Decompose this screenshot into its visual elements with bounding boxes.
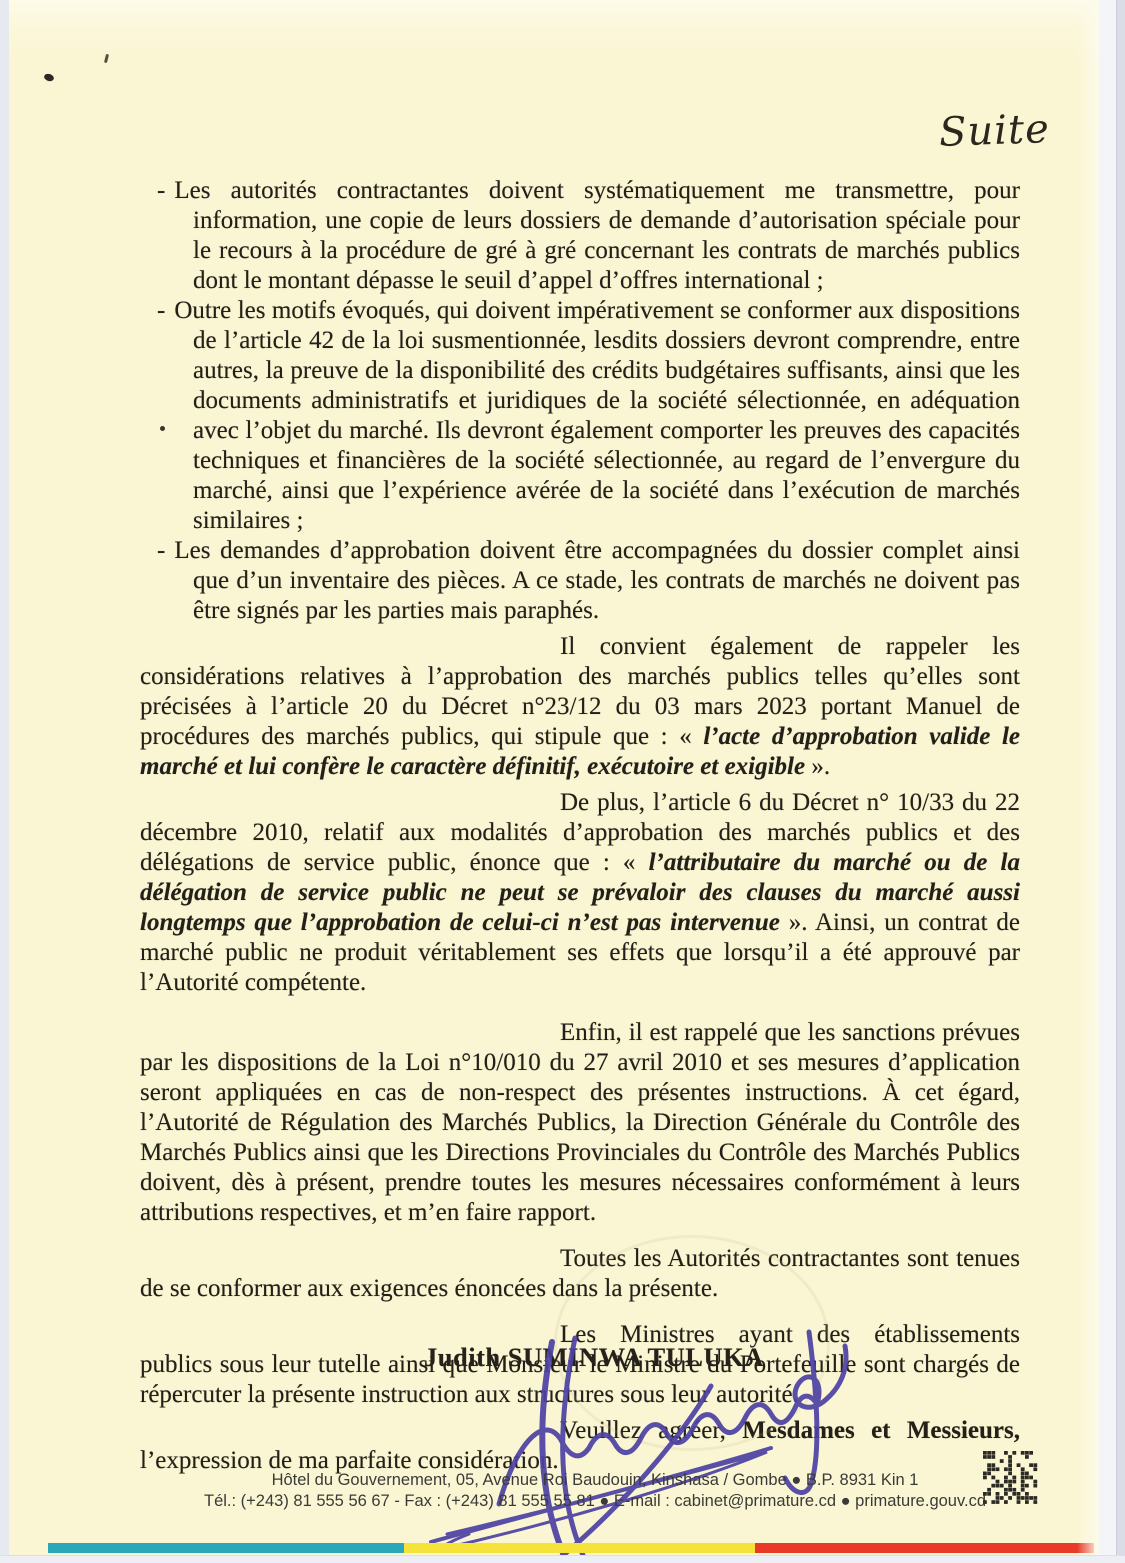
bullet-text: Les demandes d’approbation doivent être …: [174, 537, 1020, 624]
scan-viewport: Suite -Les autorités contractantes doive…: [0, 0, 1125, 1563]
paragraph: Enfin, il est rappelé que les sanctions …: [140, 1018, 1020, 1228]
continuation-label: Suite: [938, 106, 1050, 156]
flag-stripe: [48, 1543, 1094, 1553]
scan-edge-right: [1116, 0, 1125, 1563]
footer: Hôtel du Gouvernement, 05, Avenue Roi Ba…: [175, 1470, 1015, 1512]
text-run: Enfin, il est rappelé que les sanctions …: [140, 1019, 1020, 1226]
qr-code: [983, 1451, 1039, 1506]
footer-address: Hôtel du Gouvernement, 05, Avenue Roi Ba…: [175, 1470, 1015, 1491]
ink-mark: [104, 54, 109, 63]
bullet-dash: -: [157, 177, 165, 204]
bullet-text: Outre les motifs évoqués, qui doivent im…: [174, 297, 1020, 534]
document-page: Suite -Les autorités contractantes doive…: [9, 0, 1099, 1556]
paragraph: Il convient également de rappeler les co…: [140, 632, 1020, 782]
bullet-dash: -: [157, 537, 165, 564]
flag-stripe-yellow: [404, 1543, 755, 1553]
flag-stripe-red: [755, 1543, 1094, 1553]
footer-contact: Tél.: (+243) 81 555 56 67 - Fax : (+243)…: [175, 1491, 1015, 1512]
text-run: ».: [805, 753, 830, 780]
bullet-item: -Les autorités contractantes doivent sys…: [140, 176, 1020, 296]
flag-stripe-cyan: [48, 1543, 404, 1553]
bullet-item: -Outre les motifs évoqués, qui doivent i…: [140, 296, 1020, 536]
bullet-text: Les autorités contractantes doivent syst…: [174, 177, 1020, 294]
ink-spot: [43, 73, 55, 83]
scan-edge-bottom: [0, 1555, 1125, 1563]
paragraph: De plus, l’article 6 du Décret n° 10/33 …: [140, 788, 1020, 998]
handwritten-signature-ink: [389, 1318, 849, 1563]
bullet-dash: -: [157, 297, 165, 324]
bullet-item: -Les demandes d’approbation doivent être…: [140, 536, 1020, 626]
